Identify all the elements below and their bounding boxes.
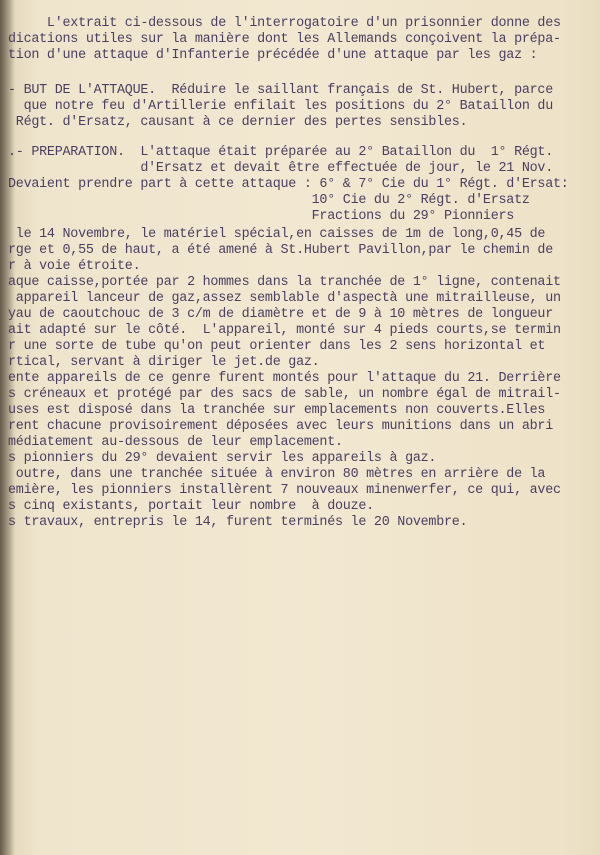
document-page: L'extrait ci-dessous de l'interrogatoire… <box>0 0 600 855</box>
section-2-body-line: s cinq existants, portait leur nombre à … <box>8 500 374 514</box>
section-2-body-line: s pionniers du 29° devaient servir les a… <box>8 452 436 466</box>
section-1-line: Régt. d'Ersatz, causant à ce dernier des… <box>8 116 467 130</box>
section-2-body-line: rtical, servant à diriger le jet.de gaz. <box>8 356 319 370</box>
intro-line: tion d'une attaque d'Infanterie précédée… <box>8 49 537 63</box>
section-2-body-line: r une sorte de tube qu'on peut orienter … <box>8 340 545 354</box>
section-2-heading-line: Fractions du 29° Pionniers <box>8 210 514 224</box>
section-1-line: que notre feu d'Artillerie enfilait les … <box>8 100 553 114</box>
intro-line: L'extrait ci-dessous de l'interrogatoire… <box>8 17 561 31</box>
section-1-line: - BUT DE L'ATTAQUE. Réduire le saillant … <box>8 84 553 98</box>
section-2-body-line: le 14 Novembre, le matériel spécial,en c… <box>8 228 545 242</box>
section-2-body-line: s créneaux et protégé par des sacs de sa… <box>8 388 561 402</box>
section-2-body-line: rent chacune provisoirement déposées ave… <box>8 420 553 434</box>
section-2-body-line: yau de caoutchouc de 3 c/m de diamètre e… <box>8 308 553 322</box>
section-2-body-line: ente appareils de ce genre furent montés… <box>8 372 561 386</box>
intro-line: dications utiles sur la manière dont les… <box>8 33 561 47</box>
section-2-body-line: uses est disposé dans la tranchée sur em… <box>8 404 545 418</box>
section-2-body-line: ait adapté sur le côté. L'appareil, mont… <box>8 324 561 338</box>
section-2-heading-line: 10° Cie du 2° Régt. d'Ersatz <box>8 194 530 208</box>
section-2-body-line: s travaux, entrepris le 14, furent termi… <box>8 516 467 530</box>
section-2-heading-line: Devaient prendre part à cette attaque : … <box>8 178 569 192</box>
section-2-body-line: médiatement au-dessous de leur emplaceme… <box>8 436 343 450</box>
section-2-body-line: r à voie étroite. <box>8 260 140 274</box>
section-2-body-line: appareil lanceur de gaz,assez semblable … <box>8 292 561 306</box>
section-2-body-line: rge et 0,55 de haut, a été amené à St.Hu… <box>8 244 553 258</box>
section-2-body-line: emière, les pionniers installèrent 7 nou… <box>8 484 561 498</box>
section-2-heading-line: .- PREPARATION. L'attaque était préparée… <box>8 146 553 160</box>
section-2-heading-line: d'Ersatz et devait être effectuée de jou… <box>8 162 553 176</box>
section-2-body-line: aque caisse,portée par 2 hommes dans la … <box>8 276 561 290</box>
section-2-body-line: outre, dans une tranchée située à enviro… <box>8 468 545 482</box>
